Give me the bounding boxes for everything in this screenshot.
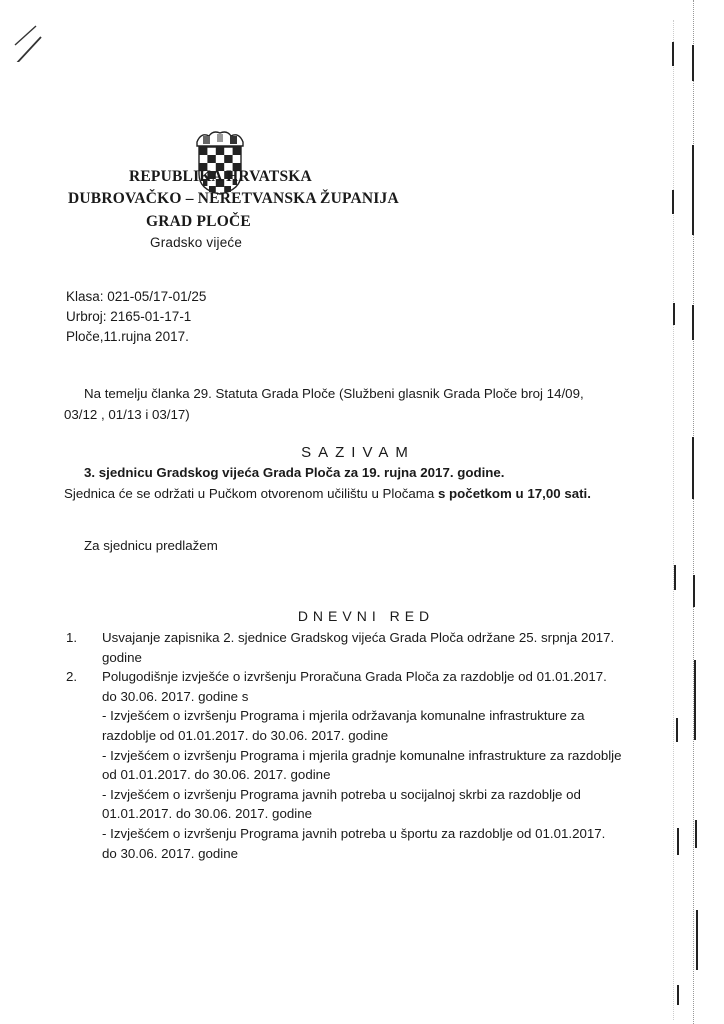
intro-line-1: Na temelju članka 29. Statuta Grada Ploč… (64, 383, 624, 404)
agenda-subitem: - Izvješćem o izvršenju Programa javnih … (102, 824, 622, 863)
intro-paragraph: Na temelju članka 29. Statuta Grada Ploč… (64, 383, 624, 425)
pen-mark (12, 12, 42, 62)
sazivam-title: SAZIVAM (0, 444, 720, 461)
session-date-line: 3. sjednicu Gradskog vijeća Grada Ploča … (84, 465, 505, 480)
document-meta: Klasa: 021-05/17-01/25 Urbroj: 2165-01-1… (66, 287, 206, 347)
session-date: za 19. rujna 2017. godine. (344, 465, 504, 480)
header-city: GRAD PLOČE (146, 213, 724, 231)
proposal-line: Za sjednicu predlažem (84, 538, 218, 553)
urbroj: Urbroj: 2165-01-17-1 (66, 307, 206, 327)
klasa: Klasa: 021-05/17-01/25 (66, 287, 206, 307)
agenda-subitem: - Izvješćem o izvršenju Programa i mjeri… (102, 706, 622, 745)
agenda-item-2: 2. Polugodišnje izvješće o izvršenju Pro… (62, 667, 622, 863)
header-county: DUBROVAČKO – NERETVANSKA ŽUPANIJA (68, 190, 724, 208)
session-time: s početkom u 17,00 sati. (438, 486, 591, 501)
place-date: Ploče,11.rujna 2017. (66, 327, 206, 347)
header-council: Gradsko vijeće (150, 235, 724, 250)
header-republic: REPUBLIKA HRVATSKA (129, 168, 724, 186)
agenda-item-text: Usvajanje zapisnika 2. sjednice Gradskog… (102, 628, 622, 667)
agenda-item-text: Polugodišnje izvješće o izvršenju Prorač… (102, 667, 622, 863)
agenda-item-number: 2. (62, 667, 102, 863)
agenda-item-number: 1. (62, 628, 102, 667)
session-location: Sjednica će se održati u Pučkom otvoreno… (64, 486, 438, 501)
session-text: 3. sjednicu Gradskog vijeća Grada Ploča (84, 465, 344, 480)
intro-line-2: 03/12 , 01/13 i 03/17) (64, 404, 624, 425)
agenda-subitem: - Izvješćem o izvršenju Programa javnih … (102, 785, 622, 824)
agenda-list: 1. Usvajanje zapisnika 2. sjednice Grads… (62, 628, 622, 863)
agenda-title: DNEVNI RED (4, 608, 724, 624)
session-location-line: Sjednica će se održati u Pučkom otvoreno… (64, 486, 591, 501)
agenda-subitem: - Izvješćem o izvršenju Programa i mjeri… (102, 746, 622, 785)
agenda-item-main: Polugodišnje izvješće o izvršenju Prorač… (102, 667, 622, 706)
agenda-item-1: 1. Usvajanje zapisnika 2. sjednice Grads… (62, 628, 622, 667)
